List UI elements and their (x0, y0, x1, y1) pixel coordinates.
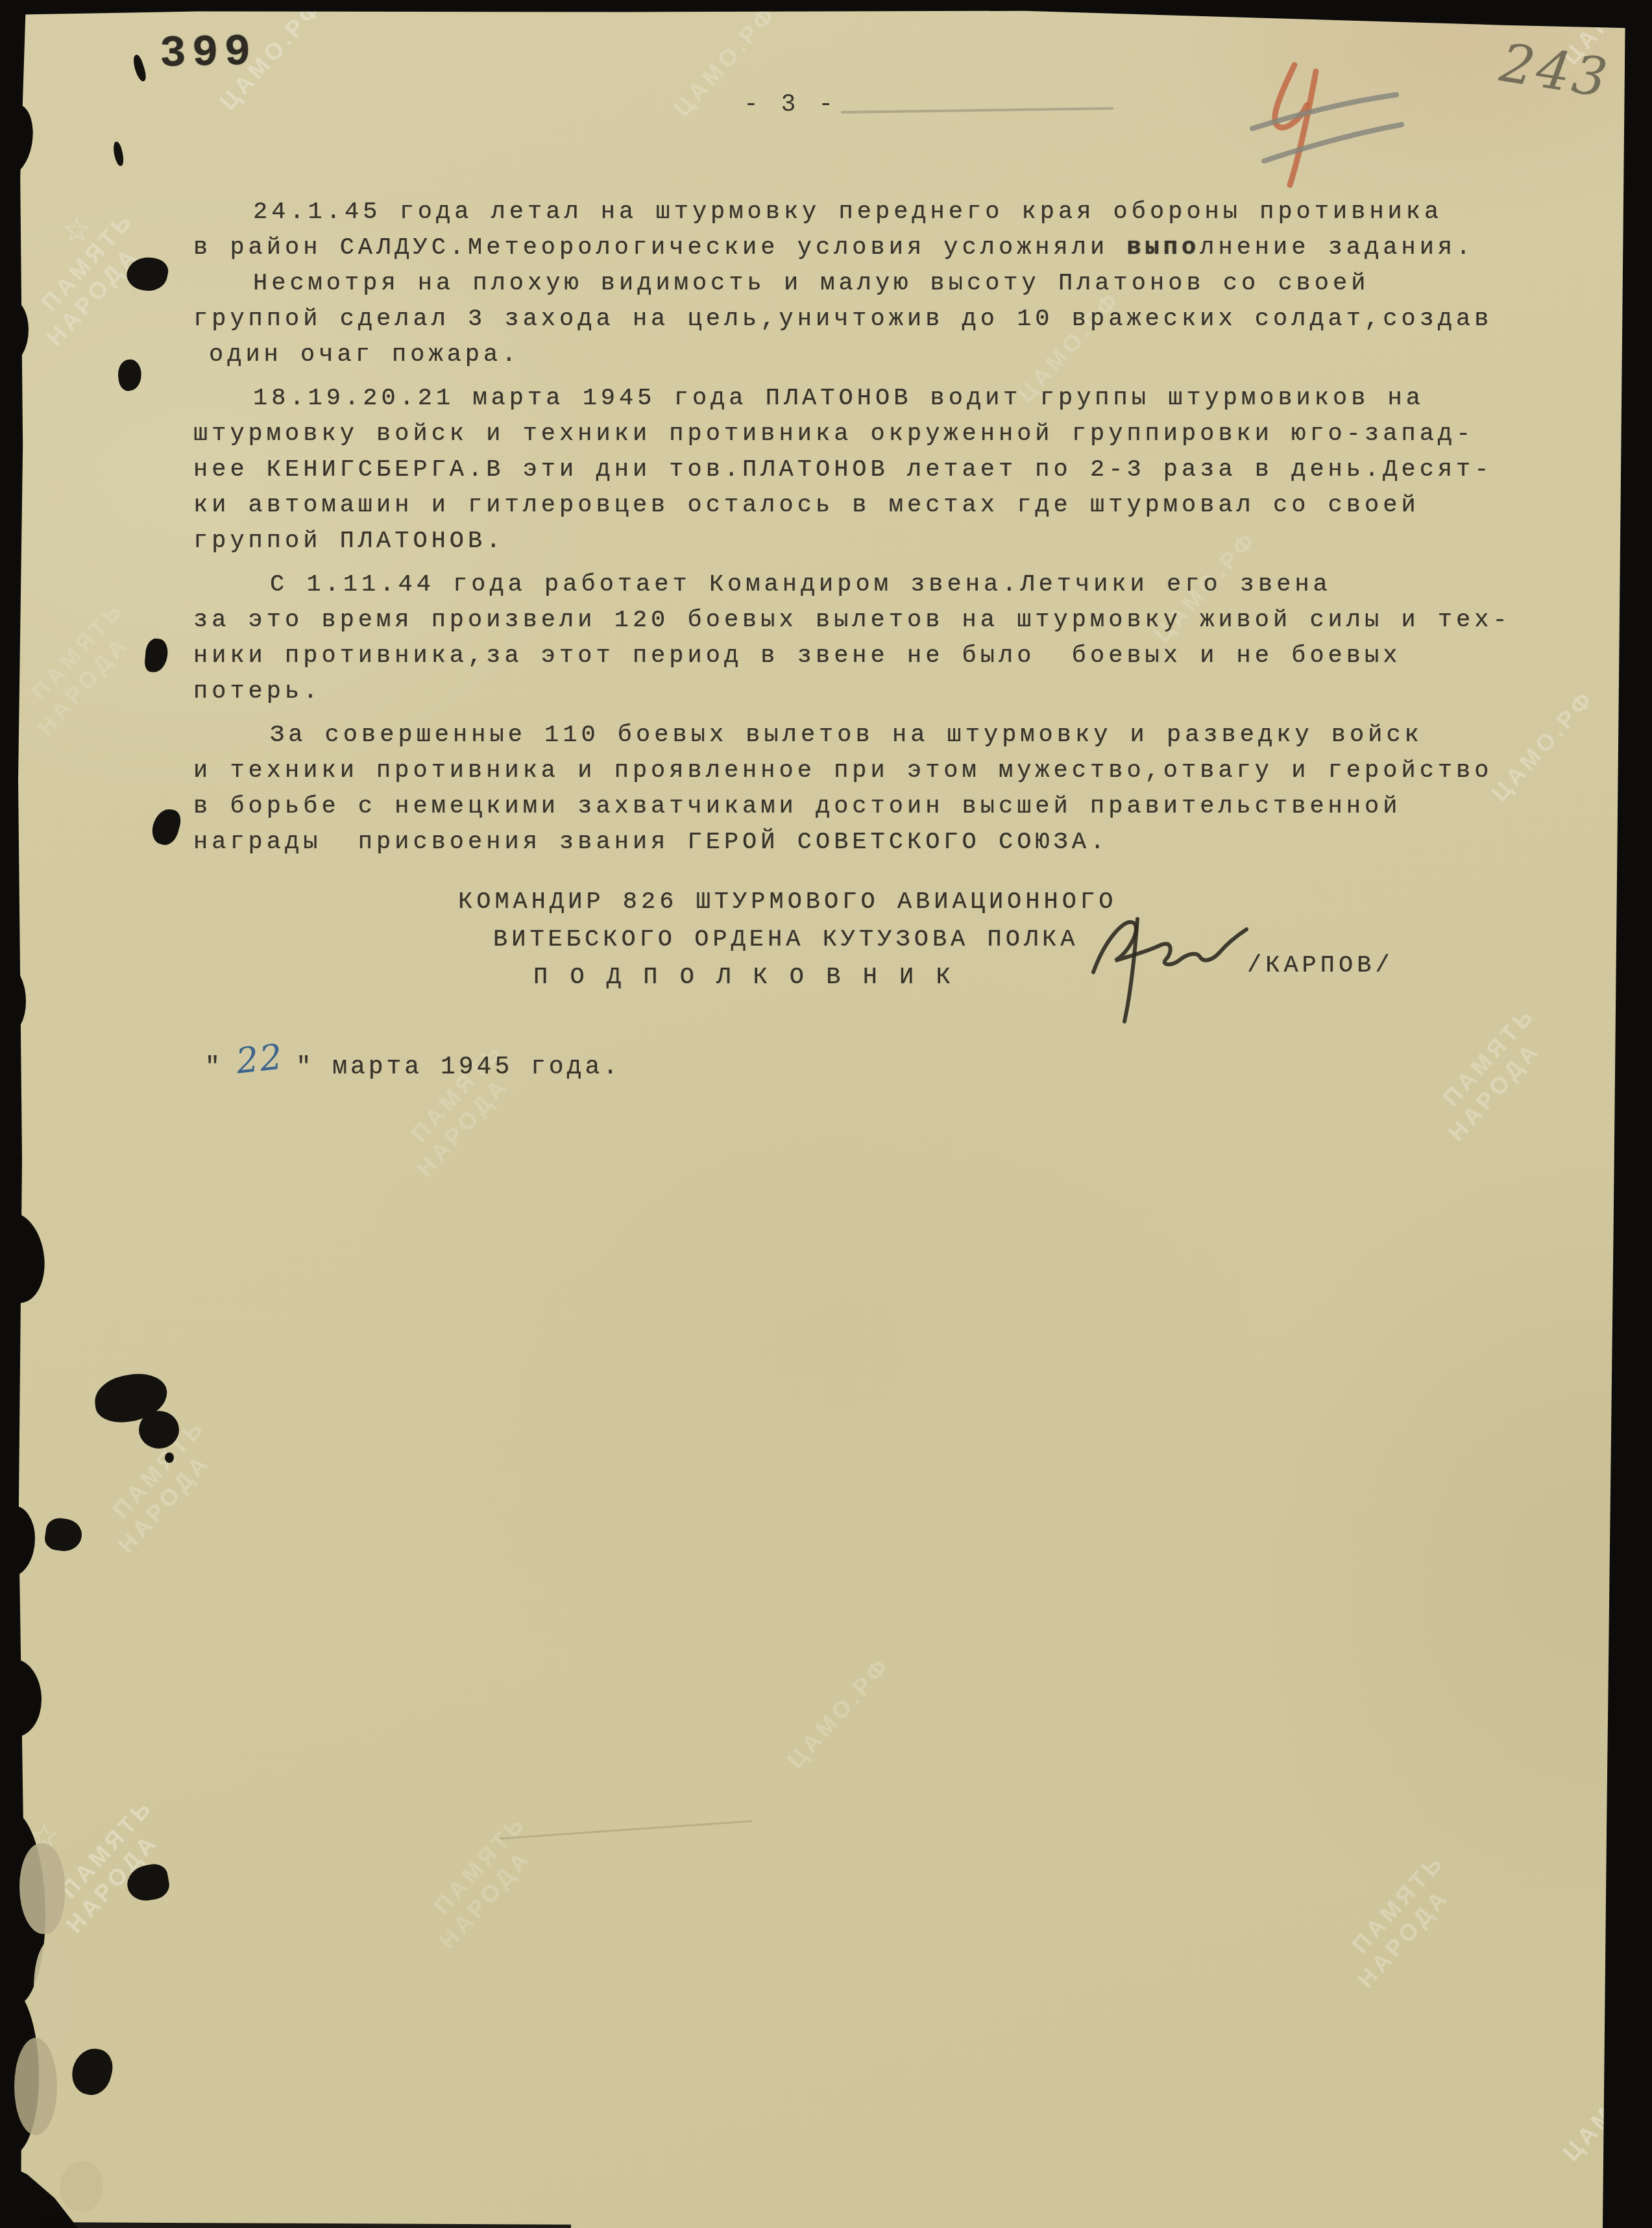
overtyped-word: выпо (1126, 234, 1200, 262)
watermark-pamyat-naroda: ПАМЯТЬНАРОДА (26, 596, 150, 725)
signature-block-line2: ВИТЕБСКОГО ОРДЕНА КУТУЗОВА ПОЛКА (493, 922, 1079, 959)
ink-blot (43, 1516, 84, 1553)
scan-edge-bottom (39, 2218, 571, 2228)
crossed-out-number-mark (1233, 39, 1415, 208)
handwritten-day: 22 (234, 1036, 285, 1081)
watermark-pamyat-naroda: ПАМЯТЬНАРОДА (1437, 1001, 1561, 1131)
torn-edge (0, 1210, 49, 1306)
torn-edge (0, 1506, 35, 1577)
faint-pencil-line (841, 107, 1113, 114)
typed-line: С 1.11.44 года работает Командиром звена… (193, 567, 1562, 603)
ink-blot (67, 2044, 117, 2099)
signature-autograph (1074, 894, 1269, 1024)
ink-blot (144, 638, 169, 674)
typed-line: штурмовку войск и техники противника окр… (193, 417, 1562, 452)
watermark-pamyat-naroda: ПАМЯТЬНАРОДА (428, 1809, 552, 1939)
typed-line: 18.19.20.21 марта 1945 года ПЛАТОНОВ вод… (193, 381, 1562, 417)
typed-line: в борьбе с немецкими захватчиками достои… (193, 789, 1562, 825)
typed-line: Несмотря на плохую видимость и малую выс… (193, 266, 1562, 302)
ink-blot (149, 806, 183, 848)
paragraph: 24.1.45 года летал на штурмовку переднег… (193, 195, 1562, 373)
ink-blot (112, 141, 125, 167)
typed-line: за это время произвели 120 боевых вылето… (193, 603, 1562, 639)
typed-line: ки автомашин и гитлеровцев осталось в ме… (193, 488, 1562, 524)
torn-paper-fiber (34, 1940, 73, 2051)
typed-line: и техники противника и проявленное при э… (193, 753, 1562, 789)
ink-blot (131, 54, 148, 82)
signed-name-typed: /КАРПОВ/ (1247, 948, 1394, 985)
typed-line: нее КЕНИГСБЕРГА.В эти дни тов.ПЛАТОНОВ л… (193, 452, 1562, 488)
watermark-pamyat-naroda: ПАМЯТЬНАРОДА (1346, 1848, 1470, 1977)
typed-line: За совершенные 110 боевых вылетов на шту… (193, 718, 1562, 753)
torn-edge (0, 101, 38, 178)
document-body: 24.1.45 года летал на штурмовку переднег… (193, 195, 1562, 868)
scan-edge-top (0, 0, 1652, 29)
ink-blot (165, 1452, 174, 1463)
torn-edge (0, 299, 29, 363)
paragraph: 18.19.20.21 марта 1945 года ПЛАТОНОВ вод… (193, 381, 1562, 559)
paragraph: За совершенные 110 боевых вылетов на шту… (193, 718, 1562, 861)
torn-edge (0, 1659, 42, 1737)
open-quote: " (205, 1053, 223, 1081)
torn-paper-fiber (60, 2161, 103, 2212)
watermark-camo: ЦАМО.РФ (782, 1651, 896, 1774)
typed-line: группой ПЛАТОНОВ. (193, 524, 1562, 559)
scan-edge-right (1603, 0, 1652, 2228)
signature-block-line1: КОМАНДИР 826 ШТУРМОВОГО АВИАЦИОННОГО (458, 884, 1117, 921)
date-line: "22" марта 1945 года. (205, 1041, 621, 1082)
typed-line: один очаг пожара. (193, 337, 1562, 373)
watermark-pamyat-naroda: ПАМЯТЬНАРОДА (55, 1793, 179, 1922)
ink-blot (139, 1411, 179, 1449)
scanned-document-page: ЦАМО.РФ ЦАМО.РФ ЦАМО.РФ ЦАМО.РФ ЦАМО.РФ … (0, 0, 1652, 2228)
torn-edge (0, 966, 26, 1034)
typed-line: ники противника,за этот период в звене н… (193, 639, 1562, 674)
typed-line: награды присвоения звания ГЕРОЙ СОВЕТСКО… (193, 825, 1562, 861)
typed-line: в район САЛДУС.Метеорологические условия… (193, 230, 1562, 266)
torn-paper-fiber (19, 1843, 65, 1934)
star-watermark-icon: ☆ (62, 211, 92, 250)
signature-block-line3: П О Д П О Л К О В Н И К (533, 959, 954, 996)
typed-line: группой сделал 3 захода на цель,уничтожи… (193, 302, 1562, 337)
ink-blot (116, 358, 143, 393)
page-number: - 3 - (744, 91, 837, 119)
typed-line: 24.1.45 года летал на штурмовку переднег… (193, 195, 1562, 230)
archive-number-stamp: 399 (159, 27, 257, 79)
paragraph: С 1.11.44 года работает Командиром звена… (193, 567, 1562, 710)
paper-crease (500, 1820, 752, 1839)
typed-line: потерь. (193, 674, 1562, 710)
close-quote: " (297, 1053, 315, 1081)
torn-paper-fiber (14, 2038, 57, 2135)
